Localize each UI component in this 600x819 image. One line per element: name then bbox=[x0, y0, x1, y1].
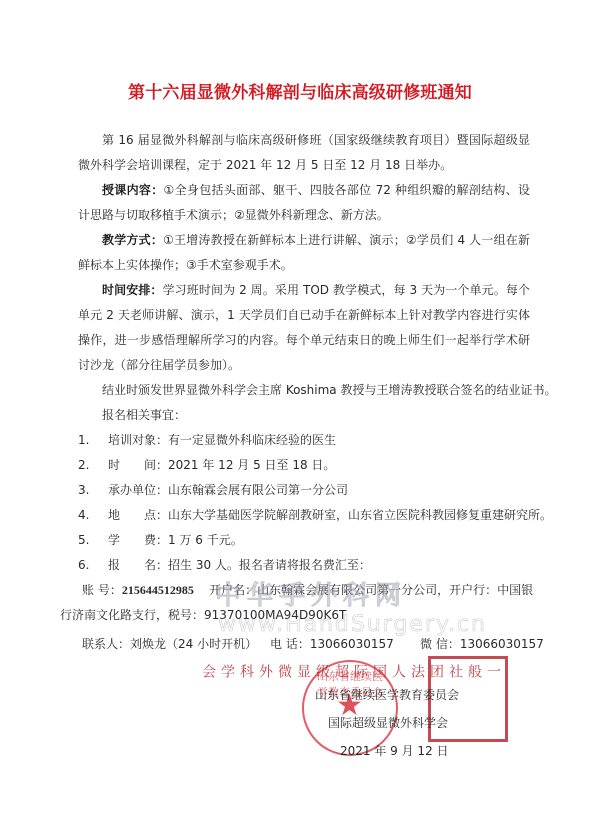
tax-id: 91370100MA94D90K6T bbox=[204, 608, 346, 622]
registration-item: 6.报 名：招生 30 人。报名者请将报名费汇至： bbox=[78, 553, 371, 578]
contact-wechat: 微 信：13066030157 bbox=[420, 632, 544, 657]
section-label: 授课内容： bbox=[102, 183, 164, 197]
section-teaching-method: 教学方式：①王增涛教授在新鲜标本上进行讲解、演示；②学员们 4 人一组在新鲜标本… bbox=[78, 228, 530, 278]
section-teaching-content: 授课内容：①全身包括头面部、躯干、四肢各部位 72 种组织瓣的解剖结构、设计思路… bbox=[78, 178, 530, 228]
section-label: 教学方式： bbox=[102, 233, 163, 247]
account-number: 215644512985 bbox=[122, 583, 194, 597]
registration-item: 1.培训对象：有一定显微外科临床经验的医生 bbox=[78, 428, 336, 453]
signature-org-1: 山东省继续医学教育委员会 bbox=[315, 684, 459, 706]
section-schedule: 时间安排：学习班时间为 2 周。采用 TOD 教学模式，每 3 天为一个单元。每… bbox=[78, 278, 530, 378]
certificate-text: 结业时颁发世界显微外科学会主席 Koshima 教授与王增涛教授联合签名的结业证… bbox=[102, 378, 556, 403]
account-line: 账 号：215644512985 开户名：山东翰霖会展有限公司第一分公司，开户行… bbox=[82, 578, 533, 603]
intro-paragraph: 第 16 届显微外科解剖与临床高级研修班（国家级继续教育项目）暨国际超级显微外科… bbox=[78, 128, 530, 178]
registration-heading: 报名相关事宜： bbox=[102, 403, 186, 428]
registration-item: 5.学 费：1 万 6 千元。 bbox=[78, 528, 243, 553]
signature-org-2: 国际超级显微外科学会 bbox=[328, 712, 448, 734]
bank-tax-line: 行济南文化路支行，税号：91370100MA94D90K6T bbox=[60, 603, 346, 628]
registration-item: 2.时 间：2021 年 12 月 5 日至 18 日。 bbox=[78, 453, 335, 478]
contact-line: 联系人：刘焕龙（24 小时开机） bbox=[82, 632, 257, 657]
registration-item: 4.地 点：山东大学基础医学院解剖教研室，山东省立医院科教园修复重建研究所。 bbox=[78, 503, 552, 528]
section-label: 时间安排： bbox=[102, 283, 163, 297]
signature-date: 2021 年 9 月 12 日 bbox=[340, 740, 449, 762]
contact-phone: 电 话：13066030157 bbox=[270, 632, 394, 657]
document-title: 第十六届显微外科解剖与临床高级研修班通知 bbox=[0, 78, 600, 103]
registration-item: 3.承办单位：山东翰霖会展有限公司第一分公司 bbox=[78, 478, 348, 503]
notice-document: 第十六届显微外科解剖与临床高级研修班通知 第 16 届显微外科解剖与临床高级研修… bbox=[0, 0, 600, 819]
square-seal-text: 一般社团法人国际超级显微外科学会 bbox=[198, 662, 502, 681]
